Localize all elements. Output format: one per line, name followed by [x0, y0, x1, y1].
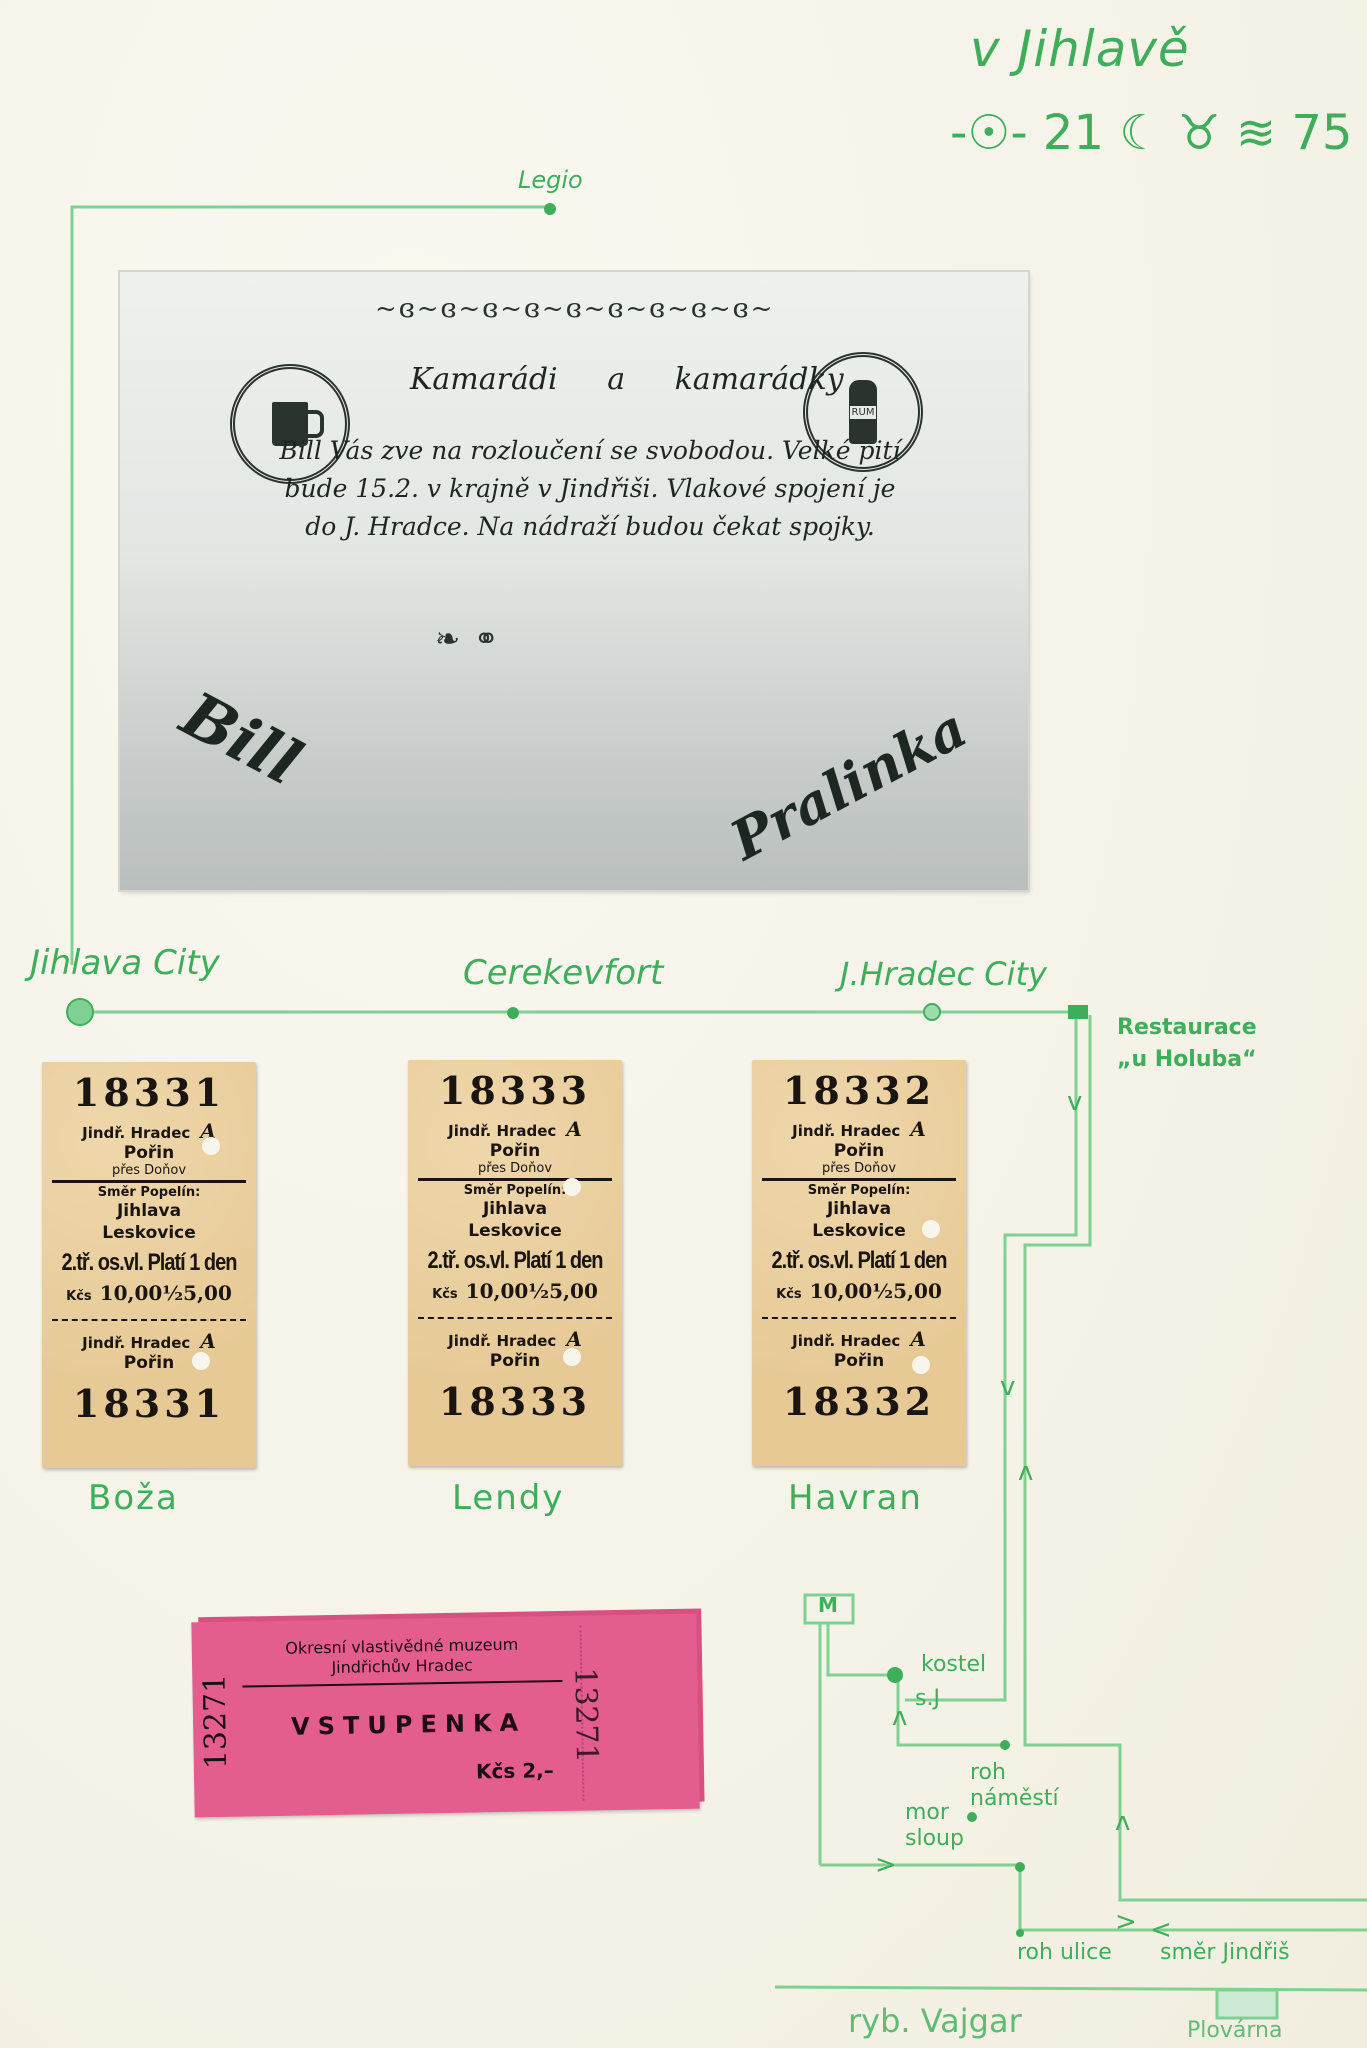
- signature-pralinka: Pralinka: [720, 695, 977, 872]
- album-page: v v ʌ ʌ ʌ > < > v Jihlavě -☉- 21 ☾ ♉ ≋ 7…: [0, 0, 1367, 2048]
- punch-hole: [563, 1178, 581, 1196]
- svg-text:ʌ: ʌ: [1115, 1807, 1130, 1837]
- map-square-corner: roh náměstí: [970, 1760, 1090, 1812]
- ticket-owner: Havran: [788, 1478, 923, 1518]
- restaurant-label: Restaurace „u Holuba“: [1117, 1012, 1277, 1076]
- svg-text:>: >: [1115, 1907, 1137, 1937]
- ticket-price: 10,00½5,00: [810, 1279, 942, 1303]
- ticket-direction: Směr Popelín:: [42, 1185, 256, 1200]
- ticket-currency: Kčs: [66, 1289, 92, 1304]
- ticket-class: 2.tř. os.vl. Platí 1 den: [42, 1250, 256, 1278]
- punch-hole: [922, 1220, 940, 1238]
- ticket-from: Jindř. Hradec: [82, 1124, 190, 1142]
- map-street-corner: roh ulice: [1017, 1940, 1112, 1965]
- ticket-to: Pořin: [752, 1141, 966, 1161]
- svg-text:v: v: [1067, 1087, 1082, 1117]
- ticket-class: 2.tř. os.vl. Platí 1 den: [752, 1248, 966, 1276]
- stub-serial: 18333: [408, 1379, 622, 1424]
- map-pool: Plovárna: [1187, 2018, 1282, 2043]
- ticket-currency: Kčs: [432, 1287, 458, 1302]
- ticket-direction: Směr Popelín:: [408, 1183, 622, 1198]
- stub-zone: A: [200, 1329, 216, 1353]
- ticket-owner: Lendy: [452, 1478, 565, 1518]
- museum-serial-main: 13271: [197, 1673, 234, 1769]
- ticket-dest2: Leskovice: [42, 1222, 256, 1244]
- ticket-class: 2.tř. os.vl. Platí 1 den: [408, 1248, 622, 1276]
- ticket-owner: Boža: [88, 1478, 179, 1518]
- train-ticket: 18331 Jindř. HradecA Pořin přes Doňov Sm…: [42, 1062, 256, 1468]
- museum-serial-stub: 13271: [567, 1667, 604, 1763]
- stub-serial: 18332: [752, 1379, 966, 1424]
- stub-to: Pořin: [408, 1351, 622, 1371]
- invitation-body: Bill Vás zve na rozloučení se svobodou. …: [270, 432, 910, 546]
- map-direction: směr Jindřiš: [1160, 1940, 1290, 1965]
- train-ticket: 18332 Jindř. HradecA Pořin přes Doňov Sm…: [752, 1060, 966, 1466]
- ornament-border-icon: ~ɞ~ɞ~ɞ~ɞ~ɞ~ɞ~ɞ~ɞ~ɞ~: [375, 294, 774, 324]
- map-plague-column: mor sloup: [905, 1800, 975, 1852]
- ticket-serial: 18333: [408, 1068, 622, 1113]
- station-jhradec-city: J.Hradec City: [840, 955, 1047, 993]
- ticket-direction: Směr Popelín:: [752, 1183, 966, 1198]
- svg-text:>: >: [875, 1850, 897, 1880]
- ticket-dest1: Jihlava: [752, 1198, 966, 1220]
- ticket-zone: A: [566, 1117, 582, 1141]
- ticket-currency: Kčs: [776, 1287, 802, 1302]
- ticket-price: 10,00½5,00: [466, 1279, 598, 1303]
- museum-ticket-title: VSTUPENKA: [291, 1709, 526, 1741]
- ticket-serial: 18332: [752, 1068, 966, 1113]
- ticket-via: přes Doňov: [752, 1161, 966, 1176]
- svg-text:ʌ: ʌ: [892, 1702, 907, 1732]
- ticket-to: Pořin: [42, 1143, 256, 1163]
- station-jihlava-city: Jihlava City: [30, 943, 220, 983]
- signature-bill: Bill: [170, 677, 313, 799]
- punch-hole: [192, 1352, 210, 1370]
- invitation-photo: ~ɞ~ɞ~ɞ~ɞ~ɞ~ɞ~ɞ~ɞ~ɞ~ RUM Kamarádi a kamar…: [120, 272, 1028, 890]
- ticket-dest1: Jihlava: [42, 1200, 256, 1222]
- ticket-via: přes Doňov: [42, 1163, 256, 1178]
- rum-label: RUM: [850, 406, 877, 419]
- header-date: -☉- 21 ☾ ♉ ≋ 75: [950, 105, 1352, 161]
- map-pond: ryb. Vajgar: [848, 2002, 1022, 2040]
- stub-from: Jindř. Hradec: [792, 1332, 900, 1350]
- stub-to: Pořin: [752, 1351, 966, 1371]
- punch-hole: [912, 1356, 930, 1374]
- train-ticket: 18333 Jindř. HradecA Pořin přes Doňov Sm…: [408, 1060, 622, 1466]
- map-church-sub: s.J: [915, 1686, 940, 1711]
- stub-from: Jindř. Hradec: [82, 1334, 190, 1352]
- punch-hole: [563, 1348, 581, 1366]
- rings-branch-icon: ❧ ⚭: [435, 622, 501, 657]
- stub-zone: A: [910, 1327, 926, 1351]
- map-church: kostel: [921, 1652, 986, 1677]
- svg-text:v: v: [1000, 1372, 1015, 1402]
- ticket-via: přes Doňov: [408, 1161, 622, 1176]
- museum-ticket-price: Kčs 2,–: [476, 1758, 554, 1783]
- ticket-zone: A: [910, 1117, 926, 1141]
- stub-serial: 18331: [42, 1381, 256, 1426]
- ticket-price: 10,00½5,00: [100, 1281, 232, 1305]
- ticket-to: Pořin: [408, 1141, 622, 1161]
- stub-from: Jindř. Hradec: [448, 1332, 556, 1350]
- station-cerekevfort: Cerekevfort: [463, 953, 663, 993]
- invitation-greeting: Kamarádi a kamarádky: [410, 362, 844, 397]
- museum-marker: M: [818, 1593, 838, 1617]
- ticket-serial: 18331: [42, 1070, 256, 1115]
- station-legio: Legio: [518, 166, 583, 194]
- museum-admission-ticket: Okresní vlastivědné muzeum Jindřichův Hr…: [191, 1614, 699, 1818]
- ticket-from: Jindř. Hradec: [792, 1122, 900, 1140]
- ticket-dest1: Jihlava: [408, 1198, 622, 1220]
- ticket-from: Jindř. Hradec: [448, 1122, 556, 1140]
- ticket-dest2: Leskovice: [408, 1220, 622, 1242]
- header-place: v Jihlavě: [970, 20, 1190, 78]
- punch-hole: [202, 1137, 220, 1155]
- svg-text:ʌ: ʌ: [1018, 1457, 1033, 1487]
- stub-to: Pořin: [42, 1353, 256, 1373]
